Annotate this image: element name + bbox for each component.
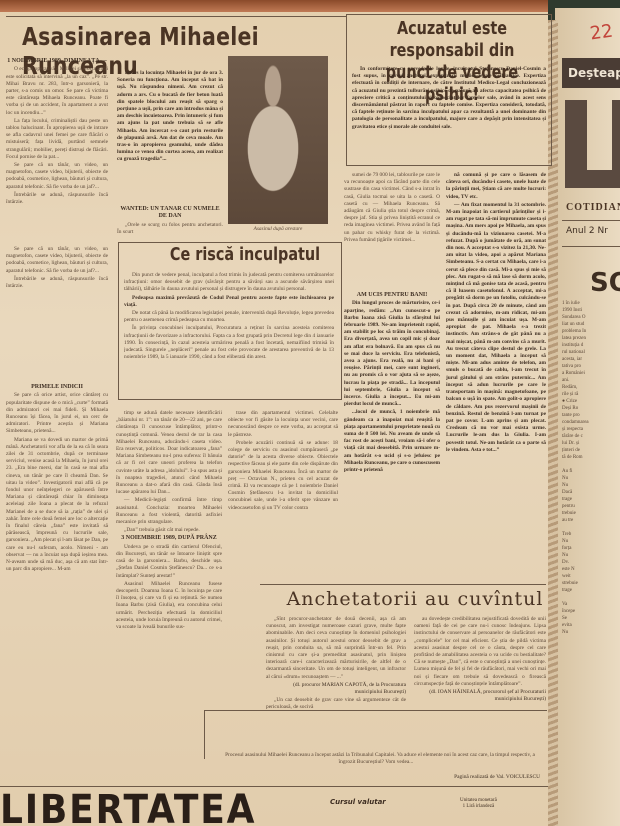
line: tărâre de c xyxy=(562,433,620,440)
main-column-3: timp se adună datele necesare identifică… xyxy=(116,410,222,740)
masthead-libertatea: LIBERTATEA xyxy=(0,790,256,826)
line: Se xyxy=(562,615,620,622)
line: ● Crize xyxy=(562,398,620,405)
line: acesta, iar xyxy=(562,356,620,363)
line: 1990 Insti xyxy=(562,307,620,314)
line: Deși Ro xyxy=(562,405,620,412)
line: Dv. xyxy=(562,559,620,566)
paragraph: intors la locuința Mihaelei în jur de or… xyxy=(117,70,223,164)
line xyxy=(562,594,620,601)
divider xyxy=(6,16,346,17)
divider xyxy=(562,220,620,221)
line: Nu xyxy=(562,538,620,545)
line: rul national xyxy=(562,349,620,356)
banner-desteapta: Deșteaptă-te xyxy=(562,58,620,88)
signature: (dl. procuror MARIAN CAPOTĂ, de la Procu… xyxy=(266,682,406,696)
line: Nu xyxy=(562,482,620,489)
divider xyxy=(260,584,546,585)
paragraph: timp se adună datele necesare identifică… xyxy=(116,410,222,496)
line: Nu xyxy=(562,552,620,559)
risca-headline: Ce riscă inculpatul xyxy=(161,244,329,265)
confession-column-2: nă comună și pe care o lăsasem de câteva… xyxy=(446,172,546,530)
paragraph: Undeva pe o stradă din cartierul Ofenciu… xyxy=(116,544,222,580)
paragraph: De notat că până la modificarea legislaț… xyxy=(124,310,334,324)
line: începe xyxy=(562,608,620,615)
quote: au dovedește credibilitatea nejustificat… xyxy=(414,616,546,688)
line: forța xyxy=(562,545,620,552)
line: trebuie xyxy=(562,510,620,517)
line: Va xyxy=(562,601,620,608)
line: Treb xyxy=(562,531,620,538)
paragraph: La fața locului, criminaliștii dau peste… xyxy=(6,118,108,161)
paragraph: Se pare că orice artist, orice cântăreț … xyxy=(6,392,108,435)
big-letter-foot xyxy=(565,170,615,188)
line: weit xyxy=(562,573,620,580)
line: latea prezen xyxy=(562,335,620,342)
line: Au fi xyxy=(562,468,620,475)
paragraph: Procesul asasinului Mihaelei Runceanu a … xyxy=(216,752,536,766)
line: liat un stud xyxy=(562,321,620,328)
currency-unit: Unitatea monetară 1 Liră irlandeză xyxy=(460,798,497,810)
paragraph: Întrebările se adună, răspunsurile încă … xyxy=(6,276,108,290)
line xyxy=(562,524,620,531)
divider xyxy=(562,246,620,247)
line: condamnarea xyxy=(562,419,620,426)
line: Nu xyxy=(562,629,620,636)
paragraph: Se pare că un tânăr, un video, un magnet… xyxy=(6,246,108,275)
paragraph: nă comună și pe care o lăsasem de câteva… xyxy=(446,172,546,201)
main-column-2: intors la locuința Mihaelei în jur de or… xyxy=(117,70,223,202)
line: trage xyxy=(562,587,620,594)
line: Nu xyxy=(562,475,620,482)
main-column-4: trase din apartamentul victimei. Celelal… xyxy=(228,410,338,540)
subheading-primele-indicii: PRIMELE INDICII xyxy=(6,384,108,391)
paragraph: Se pare că un tânăr, un video, un magnet… xyxy=(6,162,108,191)
line xyxy=(562,461,620,468)
photo-caption: Asasinul după arestare xyxy=(228,226,328,232)
suspect-photo xyxy=(228,56,328,224)
line: lui Dr. și xyxy=(562,440,620,447)
line: trage xyxy=(562,496,620,503)
paragraph: În privința concubinei inculpatului, Pro… xyxy=(124,325,334,361)
currency-unit-value: 1 Liră irlandeză xyxy=(460,804,497,810)
line: evita xyxy=(562,622,620,629)
wanted-heading: WANTED: UN TÂNĂR CU NUMELE DE DAN xyxy=(117,206,223,221)
paragraph: Probele acuzării continuă să se adune: 1… xyxy=(228,440,338,512)
big-letter-next xyxy=(612,100,620,188)
line: 1 în iulie xyxy=(562,300,620,307)
issue-number: Anul 2 Nr xyxy=(566,226,608,236)
line: rile și ră xyxy=(562,391,620,398)
anchetatorii-headline: Anchetatorii au cuvîntul xyxy=(280,588,550,610)
subheading-am-ucis: AM UCIS PENTRU BANI! xyxy=(344,292,440,299)
risca-body: Din punct de vedere penal, inculpatul a … xyxy=(124,272,334,394)
signature: (dl. IOAN HĂINEALĂ, procurorul șef al Pr… xyxy=(414,689,546,703)
paragraph: Întrebările se adună, răspunsurile încă … xyxy=(6,192,108,206)
line: tă de Rom xyxy=(562,454,620,461)
paragraph: — Medicii-legiști confirmă între timp as… xyxy=(116,497,222,526)
line: pentru xyxy=(562,503,620,510)
paragraph: Din punct de vedere penal, inculpatul a … xyxy=(124,272,334,294)
paragraph-emphasis: Pedeapsa maximă prevăzută de Codul Penal… xyxy=(124,295,334,309)
cotidian-label: COTIDIAN xyxy=(566,202,620,213)
line: problema In xyxy=(562,328,620,335)
line: tante pro xyxy=(562,412,620,419)
paragraph: — Am fixat momentul la 31 octombrie. M-a… xyxy=(446,202,546,454)
line: a României xyxy=(562,370,620,377)
line: este N xyxy=(562,566,620,573)
paragraph: sumei de 79 000 lei, tablourile pe care … xyxy=(344,172,440,244)
main-column-1: 1 NOIEMBRIE 1989, DIMINEAȚA — O echipă o… xyxy=(6,58,108,246)
section-heading: 1 NOIEMBRIE 1989, DIMINEAȚA — xyxy=(6,58,108,65)
right-headline-fragment: SO xyxy=(590,268,620,298)
line: ținteri de xyxy=(562,447,620,454)
line: Sondarea O xyxy=(562,314,620,321)
quote: „Sînt procuror-anchetator de două deceni… xyxy=(266,616,406,681)
line: Dacă xyxy=(562,489,620,496)
paragraph: Mariana se va dovedi un martor de primă … xyxy=(6,437,108,574)
line: și respecta xyxy=(562,426,620,433)
top-edge xyxy=(0,0,620,12)
acuzat-lead: În conformitate cu prevederile legale, i… xyxy=(352,66,546,160)
main-column-1c: PRIMELE INDICII Se pare că orice artist,… xyxy=(6,384,108,734)
line: Redăm, xyxy=(562,384,620,391)
confession-column-1: sumei de 79 000 lei, tablourile pe care … xyxy=(344,172,440,292)
page-credit: Pagină realizată de Val. VOICULESCU xyxy=(400,774,540,782)
line: au tre xyxy=(562,517,620,524)
paragraph: În conformitate cu prevederile legale, i… xyxy=(352,66,546,131)
paragraph: trase din apartamentul victimei. Celelal… xyxy=(228,410,338,439)
footer-note: Procesul asasinului Mihaelei Runceanu a … xyxy=(216,752,536,776)
handwritten-page-number: 22 xyxy=(589,21,615,45)
paragraph: Din lungul proces de mărturisire, ce-i a… xyxy=(344,300,440,408)
line: strebuie xyxy=(562,580,620,587)
line: instituția d xyxy=(562,342,620,349)
paragraph: „Orele se scurg cu folos pentru anchetat… xyxy=(117,222,223,236)
main-column-1b: Se pare că un tânăr, un video, un magnet… xyxy=(6,246,108,386)
paragraph: Asasinul Mihaelei Runceanu fusese descop… xyxy=(116,581,222,631)
confession-column-1b: AM UCIS PENTRU BANI! Din lungul proces d… xyxy=(344,292,440,530)
line: ani. xyxy=(562,377,620,384)
paragraph: „Dan” trebuia găsit cât mai repede. xyxy=(116,527,222,534)
line: tativa pro xyxy=(562,363,620,370)
wanted-block: WANTED: UN TÂNĂR CU NUMELE DE DAN „Orele… xyxy=(117,206,223,240)
cursul-valutar-label: Cursul valutar xyxy=(330,798,386,806)
paragraph: O echipă operativă a Miliției și Procura… xyxy=(6,66,108,116)
right-page-column: 1 în iulie 1990 Insti Sondarea O liat un… xyxy=(562,300,620,820)
paragraph: ...locul de muncă, 1 noiembrie mă gândea… xyxy=(344,409,440,474)
section-heading: 3 NOIEMBRIE 1989, DUPĂ PRÂNZ xyxy=(116,535,222,542)
